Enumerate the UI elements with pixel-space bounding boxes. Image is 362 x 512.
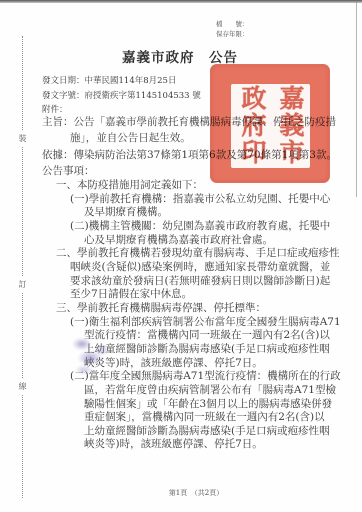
body-line: 三、學前教托育機構腸病毒停課、停托標準： [42, 302, 342, 316]
archive-file-label: 檔 號： [216, 20, 306, 30]
page-footer: 第1頁 （共2頁） [30, 488, 362, 498]
archive-retention-label: 保存年限： [216, 30, 306, 40]
body-line: 二、學前教托育機構若發現幼童有腸病毒、手足口症或疱疹性 [42, 247, 342, 261]
body-line: 心及早期療育機構為嘉義市政府社會處。 [42, 234, 342, 248]
body-line: 峽炎等)時，該班級應停課、停托7日。 [42, 438, 342, 452]
binding-mark-zhuang: 裝 [15, 131, 30, 146]
body-line: (一)學前教托育機構：指嘉義市公私立幼兒園、托嬰中心 [42, 193, 342, 207]
body-line: 至少7日請假在家中休息。 [42, 288, 342, 302]
body-line: 驗陽性個案」或「年齡在3個月以上的腸病毒感染併發 [42, 398, 342, 412]
body-line: 重症個案」，當機構內同一班級在一週內有2名(含)以 [42, 411, 342, 425]
page-title: 嘉義市政府 公告 [42, 46, 318, 66]
body-line: 區，若當年度曾由疾病管制署公布有「腸病毒A71型檢 [42, 384, 342, 398]
body-line: 咽峽炎(含疑似)感染案例時，應通知家長帶幼童就醫，並 [42, 261, 342, 275]
binding-mark-ding: 訂 [15, 277, 30, 292]
official-seal-stamp: 嘉義市政府印 [210, 64, 330, 183]
body-line: 及早期療育機構。 [42, 206, 342, 220]
body-line: 上幼童經醫師診斷為腸病毒感染(手足口病或疱疹性咽 [42, 425, 342, 439]
archive-block: 檔 號： 保存年限： [216, 20, 306, 39]
announcement-body: 一、本防疫措施用詞定義如下： (一)學前教托育機構：指嘉義市公私立幼兒園、托嬰中… [42, 179, 342, 452]
scan-edge-top [0, 0, 362, 3]
body-line: (一)衛生福利部疾病管制署公布當年度全國發生腸病毒A71 [42, 316, 342, 330]
body-line: (二)機構主管機關：幼兒園為嘉義市政府教育處，托嬰中 [42, 220, 342, 234]
blue-ink-smudge [68, 336, 116, 378]
binding-margin-line [22, 36, 23, 498]
seal-script-text: 嘉義市政府印 [233, 85, 309, 167]
seal-inner-area: 嘉義市政府印 [231, 84, 310, 168]
scan-edge-right [356, 2, 357, 197]
document-page: 裝 訂 線 檔 號： 保存年限： 嘉義市政府 公告 發文日期：中華民國114年8… [0, 0, 362, 512]
binding-mark-xian: 線 [15, 379, 30, 394]
body-line: 要求該幼童於發病日(若無明確發病日則以醫師診斷日)起 [42, 275, 342, 289]
